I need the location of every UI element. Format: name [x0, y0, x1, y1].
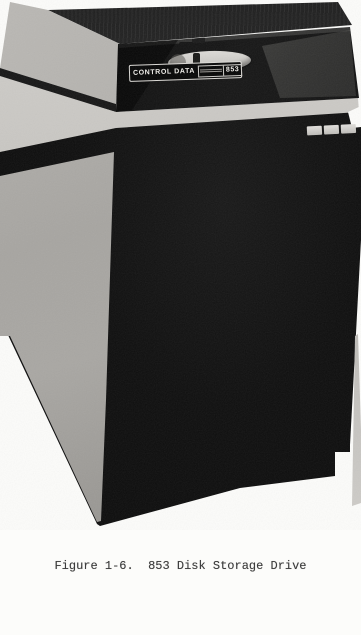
- hinge: [341, 124, 356, 134]
- hinge: [307, 126, 322, 136]
- hinge: [324, 125, 339, 135]
- badge-fineprint: [199, 65, 224, 76]
- badge-model: 853: [224, 65, 242, 76]
- manual-page: CONTROL DATA 853 Figure 1-6. 853 Disk: [0, 0, 361, 635]
- badge-model-box: 853: [198, 64, 243, 78]
- base-notch: [335, 452, 351, 477]
- badge-brand: CONTROL DATA: [133, 68, 195, 77]
- nameplate-badge: CONTROL DATA 853: [129, 61, 243, 82]
- figure-caption: Figure 1-6. 853 Disk Storage Drive: [0, 559, 361, 573]
- figure-photo: CONTROL DATA 853: [0, 0, 361, 530]
